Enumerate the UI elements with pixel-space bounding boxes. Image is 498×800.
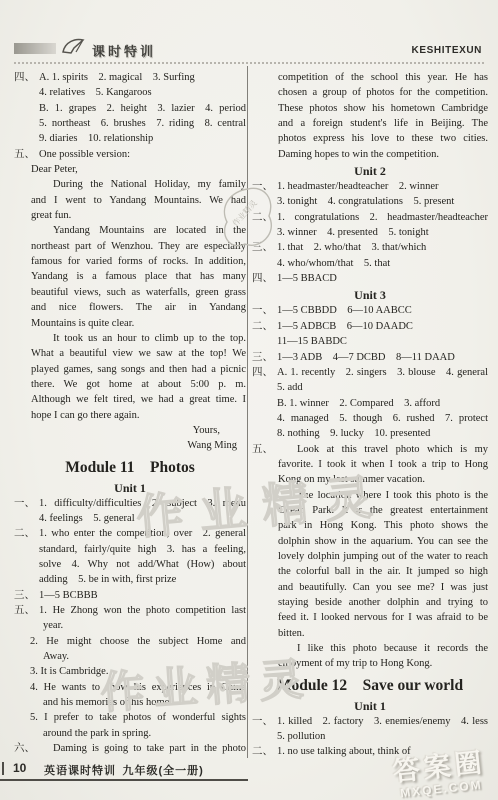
brand-title: 课时特训	[92, 41, 156, 60]
text-line: 一、1—5 CBBDD 6—10 AABCC	[252, 303, 488, 318]
text-line: around the park in spring.	[14, 726, 246, 741]
scanned-answer-page: 课时特训 KESHITEXUN 四、A. 1. spirits 2. magic…	[0, 0, 498, 800]
text-line: famous for varied forms of rocks. In add…	[14, 254, 246, 269]
line-text: 5. add	[277, 382, 303, 393]
text-line: enjoyment of my trip to Hong Kong.	[252, 656, 488, 671]
line-text: 1. killed 2. factory 3. enemies/enemy 4.…	[277, 716, 488, 727]
line-text: lovely dolphin jumping out of the water …	[278, 551, 488, 562]
text-line: and I went to Yandang Mountains. We had	[14, 193, 246, 208]
line-text: there. We got home at about 5:00 p. m.	[31, 379, 246, 390]
right-column: competition of the school this year. He …	[252, 70, 488, 760]
text-line: 3. It is Cambridge.	[14, 664, 246, 679]
line-text: 1—5 CBBDD 6—10 AABCC	[277, 305, 412, 316]
section-marker: 四、	[252, 365, 273, 380]
line-text: B. 1. grapes 2. height 3. lazier 4. peri…	[39, 103, 246, 114]
line-text: Yandang is a famous place that has many	[31, 271, 246, 282]
text-line: feed it. I looked nervous for I was afra…	[252, 610, 488, 625]
line-text: beautiful views, such as waterfalls, gre…	[31, 287, 246, 298]
text-line: bitten.	[252, 626, 488, 641]
section-marker: 五、	[14, 603, 35, 618]
line-text: 5. pollution	[277, 731, 325, 742]
line-text: 2. He might choose the subject Home and	[30, 636, 246, 647]
text-line: photos express his love to these two cit…	[252, 131, 488, 146]
text-line: 五、Look at this travel photo which is my	[252, 442, 488, 457]
line-text: 1—3 ADB 4—7 DCBD 8—11 DAAD	[277, 352, 455, 363]
line-text: Unit 1	[354, 699, 386, 713]
line-text: Dear Peter,	[31, 164, 78, 175]
line-text: 3. tonight 4. congratulations 5. present	[277, 196, 454, 207]
unit-heading: Unit 1	[252, 698, 488, 714]
text-line: B. 1. grapes 2. height 3. lazier 4. peri…	[14, 101, 246, 116]
line-text: bitten.	[278, 628, 305, 639]
line-text: Daming is going to take part in the phot…	[53, 743, 246, 754]
section-marker: 一、	[252, 179, 273, 194]
text-line: Away.	[14, 649, 246, 664]
text-line: competition of the school this year. He …	[252, 70, 488, 85]
text-line: 5. I prefer to take photos of wonderful …	[14, 710, 246, 725]
text-line: there. We got home at about 5:00 p. m.	[14, 377, 246, 392]
text-line: 一、1. difficulty/difficulties 2. subject …	[14, 496, 246, 511]
section-marker: 一、	[252, 714, 273, 729]
line-text: and his memories of his home.	[43, 697, 172, 708]
text-line: 四、A. 1. recently 2. singers 3. blouse 4.…	[252, 365, 488, 380]
text-line: beautiful views, such as waterfalls, gre…	[14, 285, 246, 300]
line-text: Module 12 Save our world	[277, 677, 463, 694]
text-line: 六、Daming is going to take part in the ph…	[14, 741, 246, 756]
line-text: 3. It is Cambridge.	[30, 666, 108, 677]
text-line: 二、1. no use talking about, think of	[252, 744, 488, 759]
text-line: Yandang Mountains are located in the	[14, 223, 246, 238]
line-text: 1. headmaster/headteacher 2. winner	[277, 181, 439, 192]
text-line: Mountains is quite clear.	[14, 316, 246, 331]
line-text: What a beautiful view we saw at the top!…	[31, 348, 246, 359]
text-line: and beautifully. Can you see me? I was j…	[252, 580, 488, 595]
line-text: 1. who enter the competition, over 2. ge…	[39, 528, 246, 539]
answer-circle-site: MXQE.COM	[394, 777, 488, 800]
section-marker: 一、	[252, 303, 273, 318]
page-number: 10	[13, 761, 26, 775]
line-text: Yandang Mountains are located in the	[53, 225, 246, 236]
line-text: 4. feelings 5. general	[39, 513, 135, 524]
text-line: What a beautiful view we saw at the top!…	[14, 346, 246, 361]
text-line: Daming hopes to win the competition.	[252, 147, 488, 162]
line-text: 3. winner 4. presented 5. tonight	[277, 227, 429, 238]
unit-heading: Unit 2	[252, 163, 488, 179]
text-line: and his memories of his home.	[14, 695, 246, 710]
text-line: Yandang is a famous place that has many	[14, 269, 246, 284]
line-text: Wang Ming	[187, 440, 237, 451]
line-text: 1. no use talking about, think of	[277, 746, 411, 757]
line-text: A. 1. spirits 2. magical 3. Surfing	[39, 72, 195, 83]
line-text: the colorful ball in the air. It jumped …	[278, 566, 488, 577]
text-line: dolphin show in the aquarium. You can se…	[252, 534, 488, 549]
line-text: 4. He wants to show his experiences in C…	[30, 682, 246, 693]
section-marker: 二、	[252, 744, 273, 759]
line-text: Look at this travel photo which is my	[297, 444, 488, 455]
text-line: I like this photo because it records the	[252, 641, 488, 656]
column-divider	[247, 66, 248, 758]
section-marker: 二、	[14, 526, 35, 541]
text-line: 五、One possible version:	[14, 147, 246, 162]
text-line: 三、1. that 2. who/that 3. that/which	[252, 240, 488, 255]
text-line: 5. pollution	[252, 729, 488, 744]
line-text: dolphin show in the aquarium. You can se…	[278, 536, 488, 547]
text-line: 五、1. He Zhong won the photo competition …	[14, 603, 246, 618]
section-marker: 三、	[252, 240, 273, 255]
line-text: During the National Holiday, my family	[53, 179, 246, 190]
text-line: 4. relatives 5. Kangaroos	[14, 85, 246, 100]
line-text: Kong on my last summer vacation.	[278, 474, 425, 485]
line-text: 1—5 BCBBB	[39, 590, 98, 601]
section-marker: 一、	[14, 496, 35, 511]
text-line: and nice flowers. The air in Yandang	[14, 300, 246, 315]
text-line: 2. He might choose the subject Home and	[14, 634, 246, 649]
line-text: famous for varied forms of rocks. In add…	[31, 256, 246, 267]
section-marker: 四、	[252, 271, 273, 286]
unit-heading: Unit 1	[14, 480, 246, 496]
text-line: great fun.	[14, 208, 246, 223]
text-line: The location where I took this photo is …	[252, 488, 488, 503]
line-text: hope I can go there again.	[31, 410, 139, 421]
line-text: 4. managed 5. though 6. rushed 7. protec…	[277, 413, 488, 424]
module-heading: Module 11 Photos	[14, 458, 246, 478]
text-line: lovely dolphin jumping out of the water …	[252, 549, 488, 564]
text-line: chosen a group of photos for the competi…	[252, 85, 488, 100]
line-text: Unit 1	[114, 481, 146, 495]
line-text: Although we felt tired, we had a great t…	[31, 394, 246, 405]
book-title: 英语课时特训 九年级(全一册)	[44, 762, 204, 778]
section-marker: 四、	[14, 70, 35, 85]
line-text: enjoyment of my trip to Hong Kong.	[278, 658, 432, 669]
pen-swoosh-logo-icon	[60, 36, 86, 63]
section-marker: 二、	[252, 210, 273, 225]
page-footer: 10 英语课时特训 九年级(全一册)	[0, 759, 248, 781]
line-text: photos express his love to these two cit…	[278, 133, 488, 144]
line-text: 1. that 2. who/that 3. that/which	[277, 242, 426, 253]
line-text: solve 4. Why not add/What (How) about	[39, 559, 246, 570]
text-line: Dear Peter,	[14, 162, 246, 177]
text-line: 11—15 BABDC	[252, 334, 488, 349]
text-line: park in Hong Kong. This photo shows the	[252, 518, 488, 533]
text-line: Ocean Park. It is the greatest entertain…	[252, 503, 488, 518]
line-text: Away.	[43, 651, 69, 662]
text-line: 四、1—5 BBACD	[252, 271, 488, 286]
left-column: 四、A. 1. spirits 2. magical 3. Surfing4. …	[14, 70, 246, 756]
line-text: 8. nothing 9. lucky 10. presented	[277, 428, 430, 439]
text-line: Yours,	[14, 423, 246, 438]
text-line: B. 1. winner 2. Compared 3. afford	[252, 396, 488, 411]
line-text: and a foreign student's life in Beijing.…	[278, 118, 488, 129]
line-text: Daming hopes to win the competition.	[278, 149, 439, 160]
text-line: 5. northeast 6. brushes 7. riding 8. cen…	[14, 116, 246, 131]
line-text: The location where I took this photo is …	[297, 490, 488, 501]
line-text: Ocean Park. It is the greatest entertain…	[278, 505, 488, 516]
line-text: competition of the school this year. He …	[278, 72, 488, 83]
text-line: 二、1. who enter the competition, over 2. …	[14, 526, 246, 541]
line-text: 5. I prefer to take photos of wonderful …	[30, 712, 246, 723]
text-line: 8. nothing 9. lucky 10. presented	[252, 426, 488, 441]
text-line: It took us an hour to climb up to the to…	[14, 331, 246, 346]
line-text: and I went to Yandang Mountains. We had	[31, 195, 246, 206]
line-text: 4. who/whom/that 5. that	[277, 258, 390, 269]
line-text: 5. northeast 6. brushes 7. riding 8. cen…	[39, 118, 246, 129]
text-line: hope I can go there again.	[14, 408, 246, 423]
text-line: During the National Holiday, my family	[14, 177, 246, 192]
line-text: around the park in spring.	[43, 728, 151, 739]
text-line: Wang Ming	[14, 438, 246, 453]
line-text: 11—15 BABDC	[277, 336, 347, 347]
line-text: great fun.	[31, 210, 71, 221]
module-heading: Module 12 Save our world	[252, 676, 488, 696]
text-line: 三、1—5 BCBBB	[14, 588, 246, 603]
text-line: 三、1—3 ADB 4—7 DCBD 8—11 DAAD	[252, 350, 488, 365]
line-text: I like this photo because it records the	[297, 643, 488, 654]
text-line: Kong on my last summer vacation.	[252, 472, 488, 487]
line-text: 9. diaries 10. relationship	[39, 133, 153, 144]
page-header: 课时特训 KESHITEXUN	[14, 34, 484, 64]
text-line: 3. winner 4. presented 5. tonight	[252, 225, 488, 240]
line-text: 1—5 ADBCB 6—10 DAADC	[277, 321, 413, 332]
text-line: 4. He wants to show his experiences in C…	[14, 680, 246, 695]
text-line: and a foreign student's life in Beijing.…	[252, 116, 488, 131]
section-marker: 二、	[252, 319, 273, 334]
line-text: staying beside another dolphin and tryin…	[278, 597, 488, 608]
line-text: park in Hong Kong. This photo shows the	[278, 520, 488, 531]
footer-tick-mark	[2, 762, 4, 775]
line-text: favorite. I took it when I took a trip t…	[278, 459, 488, 470]
text-line: 四、A. 1. spirits 2. magical 3. Surfing	[14, 70, 246, 85]
line-text: Unit 2	[354, 164, 386, 178]
line-text: played games, sang songs and then had a …	[31, 364, 246, 375]
text-line: played games, sang songs and then had a …	[14, 362, 246, 377]
line-text: northeast part of Wenzhou. They are espe…	[31, 241, 246, 252]
text-line: favorite. I took it when I took a trip t…	[252, 457, 488, 472]
line-text: adding 5. be in with, first prize	[39, 574, 176, 585]
line-text: year.	[43, 620, 63, 631]
line-text: 4. relatives 5. Kangaroos	[39, 87, 152, 98]
text-line: 9. diaries 10. relationship	[14, 131, 246, 146]
text-line: 一、1. killed 2. factory 3. enemies/enemy …	[252, 714, 488, 729]
section-marker: 六、	[14, 741, 35, 756]
line-text: One possible version:	[39, 149, 130, 160]
line-text: 1. congratulations 2. headmaster/headtea…	[277, 212, 488, 223]
text-line: solve 4. Why not add/What (How) about	[14, 557, 246, 572]
line-text: standard, fairly/quite high 3. has a fee…	[39, 544, 246, 555]
line-text: Yours,	[193, 425, 220, 436]
section-marker: 三、	[14, 588, 35, 603]
line-text: 1. difficulty/difficulties 2. subject 3.…	[39, 498, 246, 509]
text-line: adding 5. be in with, first prize	[14, 572, 246, 587]
line-text: and beautifully. Can you see me? I was j…	[278, 582, 488, 593]
section-marker: 五、	[14, 147, 35, 162]
line-text: Mountains is quite clear.	[31, 318, 134, 329]
line-text: feed it. I looked nervous for I was afra…	[278, 612, 488, 623]
text-line: year.	[14, 618, 246, 633]
text-line: Although we felt tired, we had a great t…	[14, 392, 246, 407]
line-text: A. 1. recently 2. singers 3. blouse 4. g…	[277, 367, 488, 378]
text-line: 二、1—5 ADBCB 6—10 DAADC	[252, 319, 488, 334]
section-marker: 三、	[252, 350, 273, 365]
text-line: 一、1. headmaster/headteacher 2. winner	[252, 179, 488, 194]
line-text: Unit 3	[354, 288, 386, 302]
line-text: B. 1. winner 2. Compared 3. afford	[277, 398, 440, 409]
text-line: These photos show his hometown Cambridge	[252, 101, 488, 116]
text-line: northeast part of Wenzhou. They are espe…	[14, 239, 246, 254]
line-text: It took us an hour to climb up to the to…	[53, 333, 246, 344]
unit-heading: Unit 3	[252, 287, 488, 303]
header-gradient-bar	[14, 43, 56, 54]
text-line: 二、1. congratulations 2. headmaster/headt…	[252, 210, 488, 225]
text-line: the colorful ball in the air. It jumped …	[252, 564, 488, 579]
line-text: 1—5 BBACD	[277, 273, 337, 284]
text-line: standard, fairly/quite high 3. has a fee…	[14, 542, 246, 557]
text-line: staying beside another dolphin and tryin…	[252, 595, 488, 610]
text-line: 4. managed 5. though 6. rushed 7. protec…	[252, 411, 488, 426]
text-line: 4. who/whom/that 5. that	[252, 256, 488, 271]
text-line: 5. add	[252, 380, 488, 395]
text-line: 3. tonight 4. congratulations 5. present	[252, 194, 488, 209]
line-text: and nice flowers. The air in Yandang	[31, 302, 246, 313]
line-text: 1. He Zhong won the photo competition la…	[39, 605, 246, 616]
text-line: 4. feelings 5. general	[14, 511, 246, 526]
brand-subtitle: KESHITEXUN	[412, 45, 482, 56]
line-text: chosen a group of photos for the competi…	[278, 87, 488, 98]
section-marker: 五、	[252, 442, 273, 457]
line-text: These photos show his hometown Cambridge	[278, 103, 488, 114]
line-text: Module 11 Photos	[65, 459, 195, 476]
